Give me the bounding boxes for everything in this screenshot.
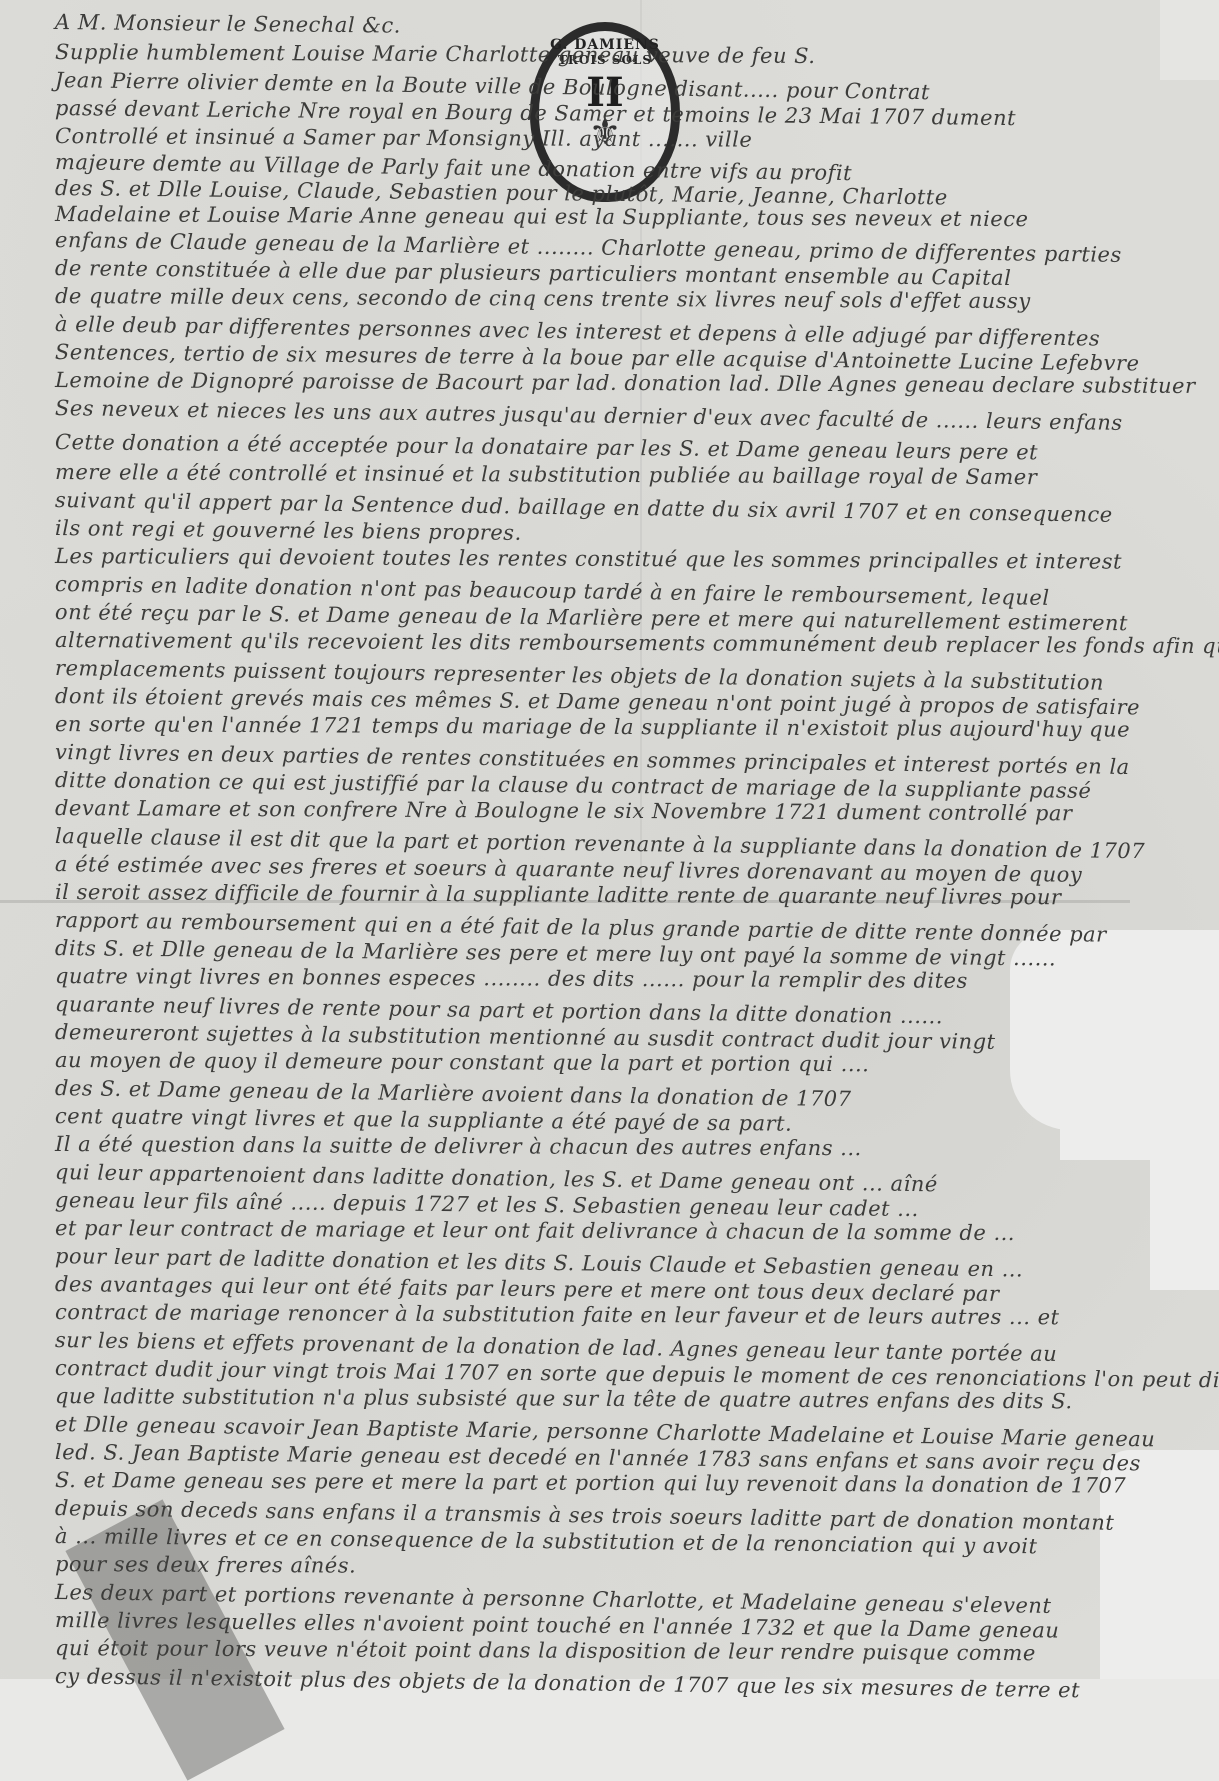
manuscript-line: Il a été question dans la suitte de deli… (55, 1132, 862, 1160)
manuscript-line: de quatre mille deux cens, secondo de ci… (55, 284, 1031, 313)
manuscript-line: en sorte qu'en l'année 1721 temps du mar… (55, 712, 1130, 742)
manuscript-line: Les particuliers qui devoient toutes les… (55, 544, 1122, 574)
manuscript-line: Controllé et insinué a Samer par Monsign… (55, 124, 752, 152)
manuscript-line: quatre vingt livres en bonnes especes ..… (55, 964, 968, 993)
manuscript-line: qui étoit pour lors veuve n'étoit point … (55, 1636, 1036, 1665)
manuscript-line: Cette donation a été acceptée pour la do… (55, 430, 1038, 464)
manuscript-page: G. DAMIENS TROIS SOLS II ⚜ A M. Monsieur… (0, 0, 1219, 1679)
manuscript-line: pour ses deux freres aînés. (55, 1552, 356, 1578)
manuscript-line: et par leur contract de mariage et leur … (55, 1216, 1015, 1245)
manuscript-line: Supplie humblement Louise Marie Charlott… (55, 40, 816, 68)
manuscript-line: Madelaine et Louise Marie Anne geneau qu… (55, 202, 1029, 231)
manuscript-line: devant Lamare et son confrere Nre à Boul… (55, 796, 1073, 825)
manuscript-line: S. et Dame geneau ses pere et mere la pa… (55, 1468, 1126, 1498)
torn-edge (1160, 0, 1219, 80)
manuscript-line: Ses neveux et nieces les uns aux autres … (55, 396, 1123, 435)
manuscript-line: contract de mariage renoncer à la substi… (55, 1300, 1060, 1329)
torn-edge (1150, 1140, 1219, 1290)
manuscript-line: cy dessus il n'existoit plus des objets … (55, 1664, 1080, 1679)
manuscript-line: il seroit assez difficile de fournir à l… (55, 880, 1062, 909)
manuscript-line: que laditte substitution n'a plus subsis… (55, 1384, 1073, 1413)
manuscript-line: ils ont regi et gouverné les biens propr… (55, 516, 522, 545)
manuscript-line: mere elle a été controllé et insinué et … (55, 460, 1037, 489)
manuscript-line: Lemoine de Dignopré paroisse de Bacourt … (55, 368, 1196, 398)
manuscript-line: alternativement qu'ils recevoient les di… (55, 628, 1219, 659)
manuscript-line: au moyen de quoy il demeure pour constan… (55, 1048, 870, 1076)
manuscript-line: A M. Monsieur le Senechal &c. (55, 10, 401, 38)
